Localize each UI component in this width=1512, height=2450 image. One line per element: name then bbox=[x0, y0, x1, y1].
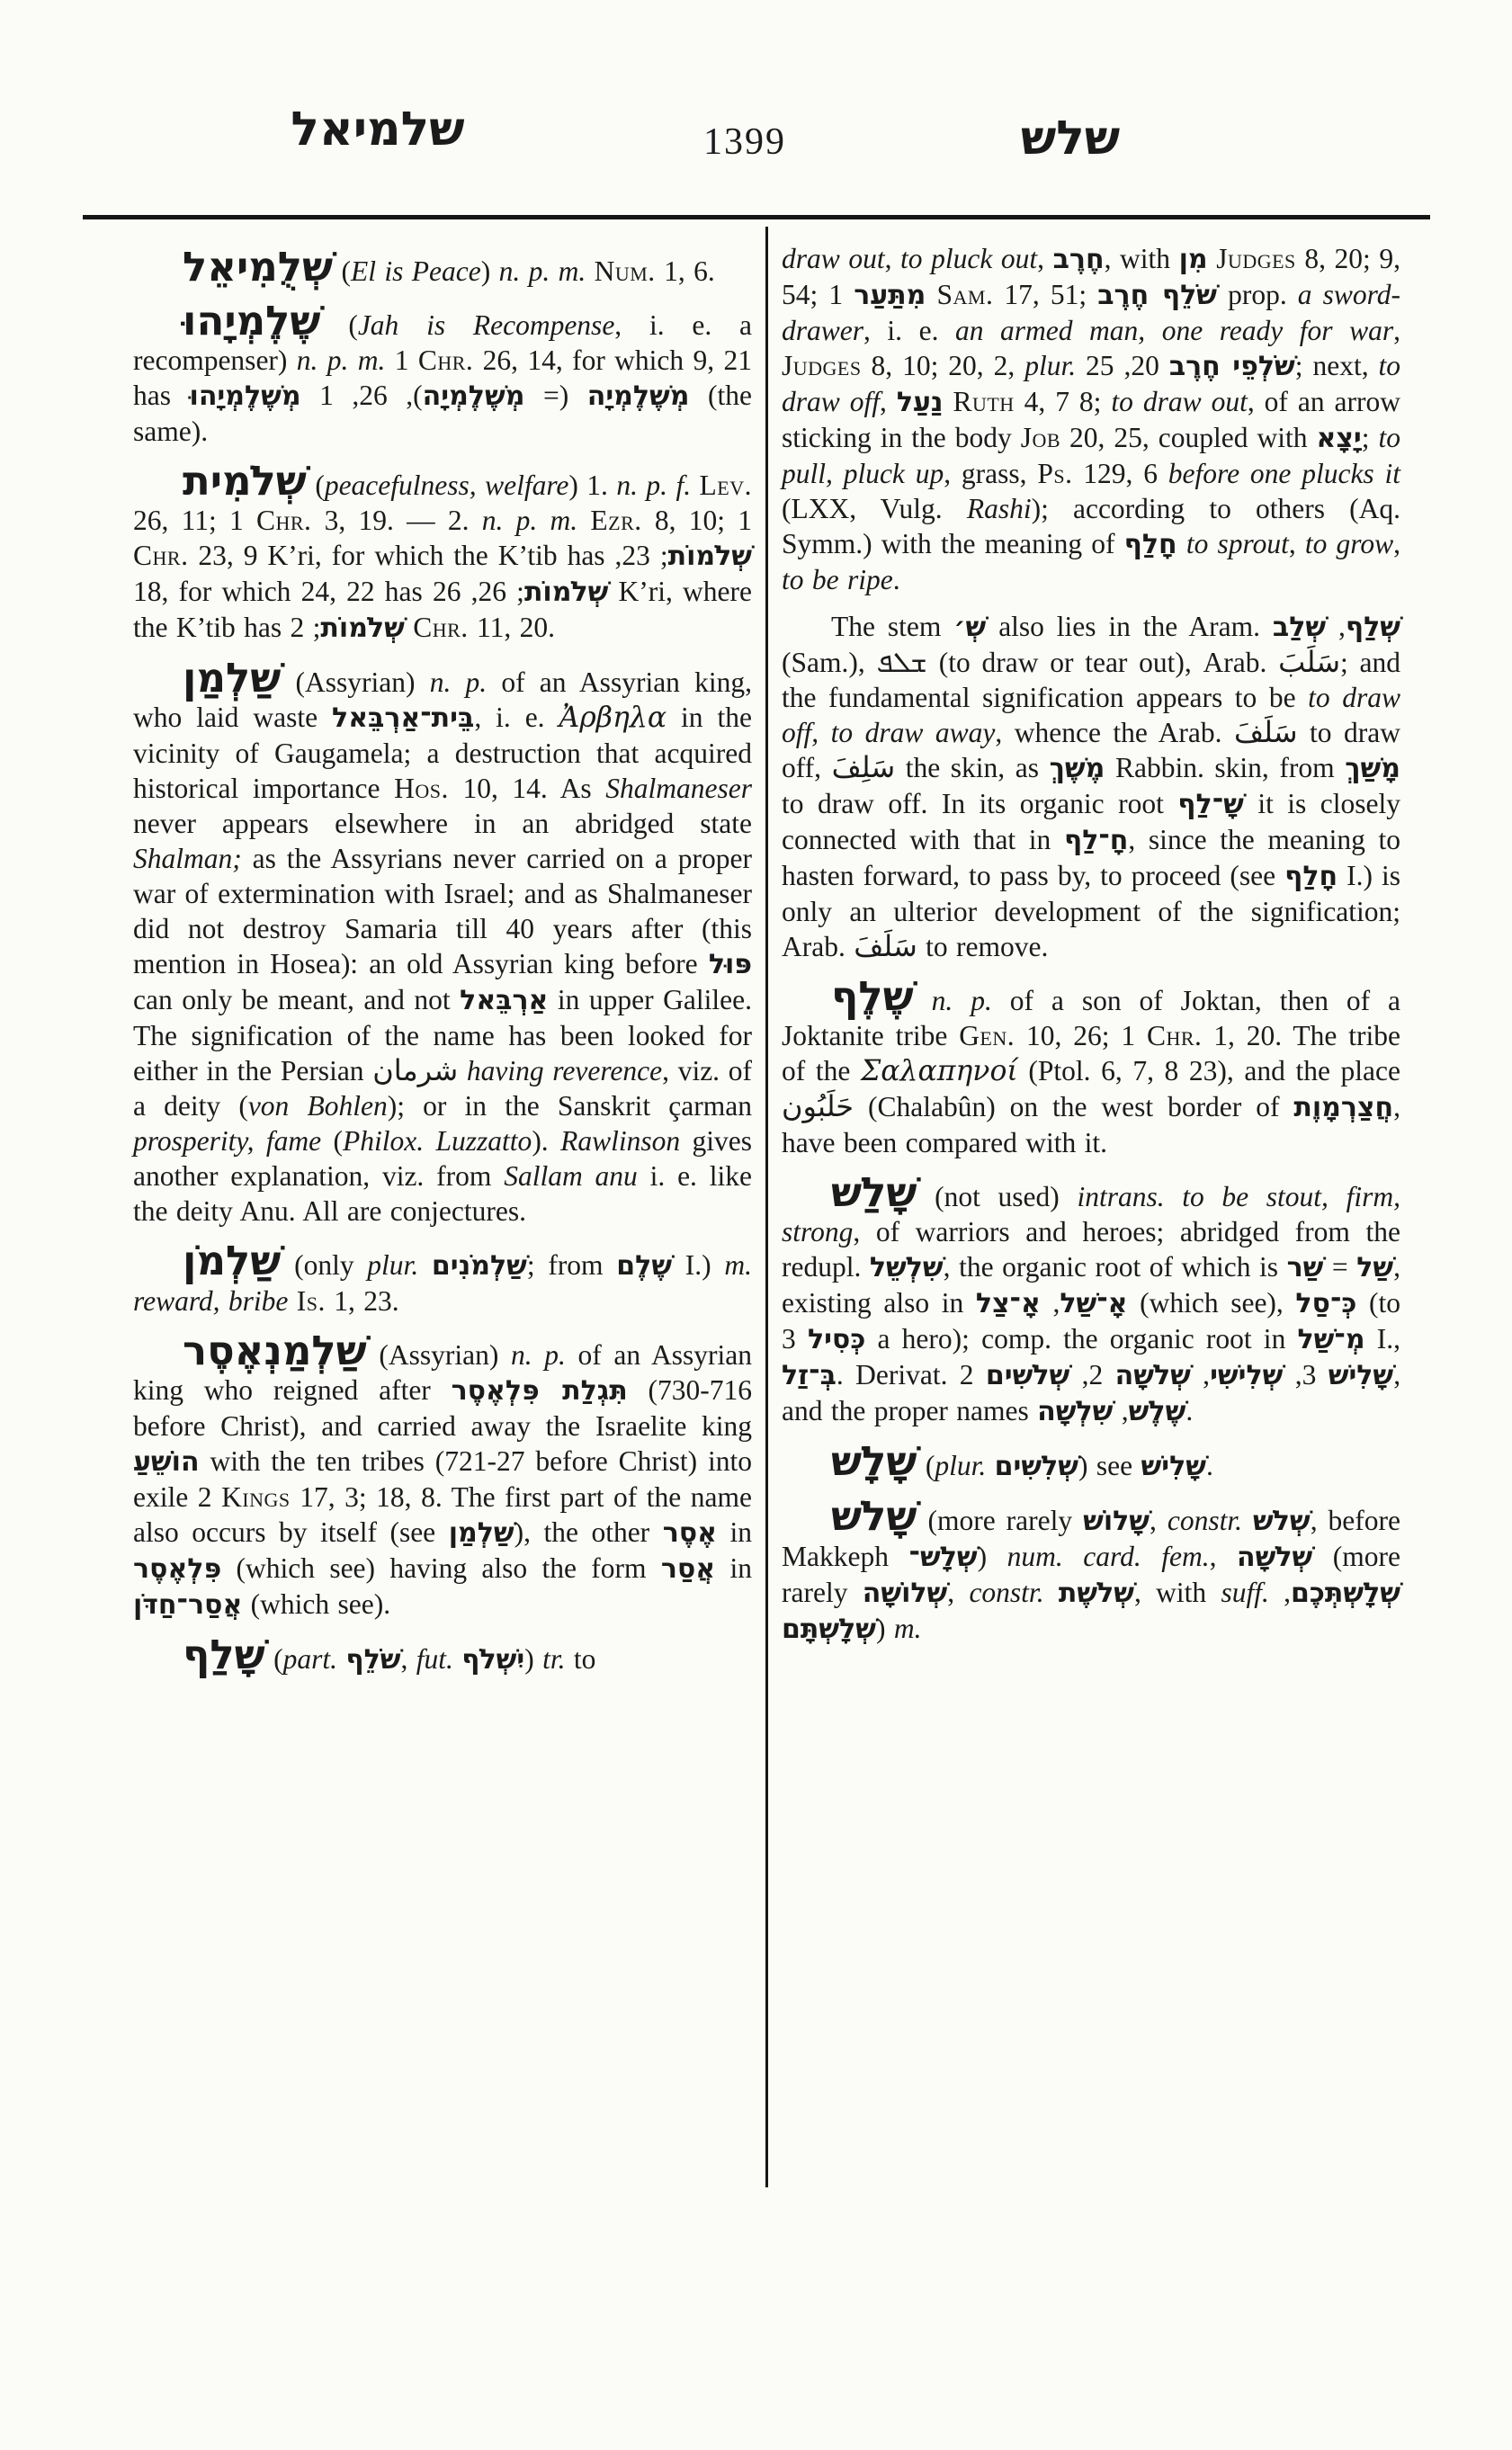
text-segment: (Assyrian) bbox=[281, 666, 429, 698]
text-segment: , bbox=[1393, 315, 1400, 346]
text-segment bbox=[691, 469, 699, 501]
italic-text: n. p. f. bbox=[616, 469, 691, 501]
book-reference: Chr. bbox=[256, 505, 311, 536]
hebrew-word: שְׁלַף bbox=[1346, 612, 1400, 643]
lexicon-page: שלמיאל 1399 שלש שְׁלֻמִיאֵל (El is Peace… bbox=[0, 0, 1512, 2450]
hebrew-word: שְׁלוֹשָׁה bbox=[863, 1578, 948, 1609]
text-segment: , bbox=[1210, 1541, 1237, 1572]
hebrew-word: יִשְׁלֹף bbox=[461, 1644, 524, 1676]
text-segment: ) see bbox=[1078, 1450, 1141, 1481]
text-segment: , with bbox=[1134, 1577, 1221, 1608]
text-segment: to bbox=[566, 1643, 596, 1675]
text-segment: (more rarely bbox=[917, 1505, 1083, 1536]
book-reference: Hos. bbox=[394, 773, 449, 804]
hebrew-word: אֲסַר־חַדֹּן bbox=[133, 1589, 242, 1621]
hebrew-word: שֹׁלֵף חֶרֶב bbox=[1097, 280, 1217, 311]
text-segment: , bbox=[1191, 1359, 1210, 1390]
book-reference: Chr. bbox=[413, 612, 468, 643]
hebrew-word: שְׁ׳ bbox=[953, 612, 986, 643]
text-segment: 3, bbox=[1283, 1359, 1328, 1390]
text-segment: Rabbin. skin, from bbox=[1105, 752, 1345, 783]
text-segment: The stem bbox=[831, 611, 953, 642]
hebrew-word: שֹׁלֵף bbox=[345, 1644, 400, 1676]
hebrew-word: שַׁל bbox=[1356, 1252, 1393, 1283]
hebrew-word: שֹׁלְפֵי חֶרֶב bbox=[1169, 351, 1295, 382]
text-segment: ), 26, 1 bbox=[301, 380, 423, 411]
text-segment: , whence the Arab. bbox=[995, 717, 1234, 748]
book-reference: Ezr. bbox=[590, 505, 641, 536]
hebrew-word: שְׁלֹמוֹת bbox=[524, 577, 608, 608]
italic-text: having reverence bbox=[467, 1055, 662, 1086]
italic-text: part. bbox=[283, 1643, 337, 1675]
text-segment: (Ptol. 6, 7, 8 23), and the place bbox=[1018, 1055, 1400, 1086]
text-segment: 129, 6 bbox=[1072, 458, 1168, 489]
text-segment: to remove. bbox=[917, 931, 1049, 962]
hebrew-word: פּוּל bbox=[709, 949, 752, 980]
text-segment: 1, 23. bbox=[326, 1285, 399, 1317]
text-segment: ; from bbox=[527, 1249, 616, 1281]
text-segment: also lies in the Aram. bbox=[986, 611, 1273, 642]
hebrew-word: שָׁלִישׁ bbox=[1329, 1360, 1393, 1391]
text-segment: ( bbox=[333, 255, 351, 287]
text-segment: I., bbox=[1365, 1323, 1400, 1355]
hebrew-word: מְשֶׁלֶמְיָה bbox=[423, 380, 525, 412]
hebrew-headword: שַׁלְמַנְאֶסֶר bbox=[183, 1327, 367, 1374]
hebrew-word: מִן bbox=[1179, 244, 1208, 275]
italic-text: to pluck out bbox=[900, 243, 1037, 274]
italic-text: plur. bbox=[935, 1450, 986, 1481]
text-segment: 20, 25, coupled with bbox=[1060, 422, 1316, 453]
italic-text: suff. bbox=[1221, 1577, 1268, 1608]
text-segment: (LXX, Vulg. bbox=[782, 493, 967, 524]
dictionary-entry: The stem שְׁ׳ also lies in the Aram. שְׁ… bbox=[782, 609, 1400, 964]
text-segment: 1 bbox=[385, 344, 417, 376]
italic-text: n. p. m. bbox=[297, 344, 386, 376]
text-segment: . Derivat. bbox=[837, 1359, 960, 1390]
book-reference: Num. bbox=[595, 255, 656, 287]
arabic-word: ܫܠܦ bbox=[877, 645, 927, 679]
text-segment bbox=[944, 386, 953, 417]
italic-text: Sallam anu bbox=[504, 1160, 638, 1192]
text-segment: (only bbox=[281, 1249, 367, 1281]
arabic-word: شرمان bbox=[372, 1053, 458, 1087]
hebrew-word: שְׁלָשְׁתְּכֶם bbox=[1291, 1578, 1400, 1609]
text-segment: to draw off. In its organic root bbox=[782, 788, 1177, 819]
greek-word: Σαλαπηνοί bbox=[861, 1055, 1018, 1087]
text-segment: , bbox=[401, 1643, 416, 1675]
arabic-word: سَلَفَ bbox=[1234, 715, 1298, 749]
text-segment: , i. e. bbox=[863, 315, 955, 346]
italic-text: Rawlinson bbox=[560, 1125, 680, 1157]
hebrew-word: שְׁלֹשָׁה bbox=[1237, 1542, 1312, 1573]
italic-text: num. card. fem. bbox=[1007, 1541, 1210, 1572]
text-segment bbox=[453, 1643, 461, 1675]
book-reference: Ruth bbox=[953, 386, 1014, 417]
hebrew-word: שְׁלִשִׁים bbox=[995, 1451, 1078, 1482]
text-segment: , bbox=[880, 386, 897, 417]
page-header: שלמיאל 1399 שלש bbox=[0, 106, 1512, 205]
hebrew-headword: שַׁלְמַן bbox=[183, 654, 281, 702]
arabic-word: سَلِفَ bbox=[832, 750, 896, 784]
text-segment: ( bbox=[917, 1450, 935, 1481]
header-keyword-right: שלש bbox=[1021, 115, 1120, 162]
text-segment: , bbox=[947, 1577, 969, 1608]
book-reference: Gen. bbox=[959, 1020, 1015, 1051]
dictionary-entry: שַׁלְמַנְאֶסֶר (Assyrian) n. p. of an As… bbox=[133, 1330, 752, 1623]
hebrew-word: שְׁלִישִׁי bbox=[1210, 1360, 1283, 1391]
book-reference: Ps. bbox=[1037, 458, 1072, 489]
text-segment: , the organic root of which is bbox=[944, 1251, 1287, 1283]
hebrew-word: מְשֶׁלֶמְיָה bbox=[587, 380, 690, 412]
text-segment: , i. e. bbox=[474, 702, 559, 733]
book-reference: Chr. bbox=[1147, 1020, 1202, 1051]
hebrew-word: שְׁלֹמוֹת bbox=[320, 612, 404, 644]
italic-text: constr. bbox=[969, 1577, 1043, 1608]
hebrew-word: שְׁלֹשָׁה bbox=[1115, 1360, 1191, 1391]
text-segment: (which see) having also the form bbox=[221, 1552, 661, 1584]
text-segment: 1, 6. bbox=[656, 255, 715, 287]
dictionary-entry: שֶׁלֶף n. p. of a son of Joktan, then of… bbox=[782, 976, 1400, 1160]
hebrew-word: חָ־לַף bbox=[1064, 825, 1128, 856]
hebrew-word: מָשַׁךְ bbox=[1345, 753, 1400, 784]
hebrew-word: שַׁלְמַן bbox=[449, 1517, 514, 1549]
text-segment: (not used) bbox=[917, 1181, 1077, 1212]
hebrew-word: שְׁלֹשִׁים bbox=[986, 1360, 1069, 1391]
text-segment bbox=[586, 255, 594, 287]
text-segment bbox=[418, 1249, 432, 1281]
italic-text: plur. bbox=[1024, 350, 1076, 381]
hebrew-word: מְ־שַׁל bbox=[1298, 1324, 1365, 1355]
text-segment: 26, 11; 1 bbox=[133, 505, 256, 536]
text-segment bbox=[1242, 1505, 1253, 1536]
book-reference: Kings bbox=[221, 1481, 291, 1513]
text-segment: (to draw or tear out), Arab. bbox=[927, 647, 1278, 678]
text-segment: , bbox=[1284, 1577, 1291, 1608]
text-segment: ) bbox=[481, 255, 499, 287]
text-segment: 11, 20. bbox=[469, 612, 555, 643]
header-rule bbox=[83, 215, 1430, 219]
greek-word: Ἀρβηλα bbox=[559, 702, 667, 734]
hebrew-headword: שָׁלַף bbox=[183, 1631, 265, 1678]
text-segment: ); or in the Sanskrit çarman bbox=[388, 1090, 752, 1122]
italic-text: m. bbox=[894, 1613, 922, 1644]
hebrew-word: שְׁלָשְׁתָּם bbox=[782, 1614, 876, 1645]
italic-text: Philox. Luzzatto bbox=[343, 1125, 532, 1157]
text-segment: ( bbox=[265, 1643, 283, 1675]
text-segment: prop. bbox=[1217, 279, 1298, 310]
text-segment bbox=[458, 1055, 467, 1086]
hebrew-headword: שֶׁלֶמְיָהוּ bbox=[183, 297, 321, 344]
text-segment bbox=[577, 505, 590, 536]
italic-text: tr. bbox=[542, 1643, 565, 1675]
hebrew-word: תִּגְלַת פִּלְאֶסֶר bbox=[452, 1375, 628, 1407]
text-segment: (Sam.), bbox=[782, 647, 877, 678]
italic-text: prosperity, fame bbox=[133, 1125, 321, 1157]
hebrew-word: שְׁלֹמוֹת bbox=[668, 541, 752, 572]
text-segment: ( bbox=[321, 1125, 343, 1157]
text-segment bbox=[337, 1643, 345, 1675]
text-segment: the skin, as bbox=[895, 752, 1049, 783]
hebrew-headword: שַׁלְמֹן bbox=[183, 1237, 281, 1284]
text-segment bbox=[1076, 350, 1086, 381]
book-reference: Sam. bbox=[936, 279, 993, 310]
dictionary-entry: שְׁלֻמִיאֵל (El is Peace) n. p. m. Num. … bbox=[133, 246, 752, 289]
text-segment: 10, 14. As bbox=[449, 773, 605, 804]
text-segment: 4, 7 8; bbox=[1015, 386, 1112, 417]
text-segment: . bbox=[1185, 1395, 1193, 1426]
text-segment bbox=[1044, 1577, 1059, 1608]
text-segment: (to bbox=[1356, 1287, 1400, 1319]
hebrew-word: יָצָא bbox=[1316, 423, 1361, 454]
hebrew-word: מֶשֶׁךְ bbox=[1050, 753, 1105, 784]
hebrew-word: חָלַף bbox=[1124, 529, 1177, 560]
text-segment: ) bbox=[524, 1643, 542, 1675]
book-reference: Chr. bbox=[133, 540, 188, 571]
hebrew-word: אַרְבֵּאל bbox=[460, 985, 548, 1016]
italic-text: before one plucks it bbox=[1168, 458, 1400, 489]
arabic-word: حَلَبُون bbox=[782, 1089, 854, 1123]
text-segment: ( bbox=[307, 469, 325, 501]
text-segment: , bbox=[1289, 528, 1305, 559]
italic-text: to grow bbox=[1305, 528, 1393, 559]
text-segment: 23, 9 K’ri, for which the K’tib has bbox=[188, 540, 614, 571]
hebrew-word: פִּלְאֶסֶר bbox=[133, 1553, 221, 1585]
dictionary-entry: שָׁלָשׁ (plur. שְׁלִשִׁים) see שָׁלִישׁ. bbox=[782, 1441, 1400, 1484]
hebrew-word: חָלַף bbox=[1284, 861, 1338, 892]
text-segment: I.) bbox=[672, 1249, 724, 1281]
text-segment bbox=[1269, 1577, 1284, 1608]
hebrew-word: אָ־צַל bbox=[976, 1288, 1041, 1319]
text-segment: ; bbox=[1362, 422, 1379, 453]
text-segment: in bbox=[717, 1516, 752, 1548]
dictionary-entry: שְׁלֹמִית (peacefulness, welfare) 1. n. … bbox=[133, 460, 752, 646]
text-segment: , bbox=[885, 243, 900, 274]
text-segment: . bbox=[893, 564, 900, 595]
hebrew-word: שְׁלָשׁ־ bbox=[909, 1542, 978, 1573]
italic-text: n. p. m. bbox=[482, 505, 577, 536]
column-left: שְׁלֻמִיאֵל (El is Peace) n. p. m. Num. … bbox=[133, 246, 752, 1677]
italic-text: Jah is Recompense bbox=[358, 309, 614, 341]
text-segment: (Chalabûn) on the west border of bbox=[854, 1091, 1293, 1122]
text-segment: 17, 51; bbox=[993, 279, 1097, 310]
hebrew-word: מְשֶׁלֶמְיָהוּ bbox=[190, 380, 301, 412]
text-segment bbox=[1208, 243, 1217, 274]
book-reference: Is. bbox=[297, 1285, 326, 1317]
text-segment: . bbox=[1206, 1450, 1213, 1481]
text-segment: 8, 10; 20, 2, bbox=[862, 350, 1025, 381]
hebrew-word: שַׁלְמֹנִים bbox=[432, 1250, 527, 1282]
italic-text: fut. bbox=[416, 1643, 453, 1675]
italic-text: von Bohlen bbox=[248, 1090, 388, 1122]
hebrew-word: שֶׁלֶם bbox=[616, 1250, 672, 1282]
italic-text: Rashi bbox=[967, 493, 1032, 524]
hebrew-word: בֵּית־אַרְבֵּאל bbox=[332, 702, 474, 734]
text-segment: (which see). bbox=[242, 1588, 390, 1620]
text-segment: can only be meant, and not bbox=[133, 984, 460, 1015]
italic-text: n. p. bbox=[511, 1339, 566, 1371]
text-segment bbox=[288, 1285, 296, 1317]
italic-text: Shalman; bbox=[133, 843, 242, 874]
italic-text: to sprout bbox=[1186, 528, 1289, 559]
page-number: 1399 bbox=[703, 121, 786, 164]
hebrew-headword: שָׁלַשׁ bbox=[831, 1168, 917, 1216]
hebrew-word: שְׁלֹשֶׁת bbox=[1059, 1578, 1134, 1609]
text-segment bbox=[986, 1450, 994, 1481]
italic-text: an armed man, one ready for war bbox=[955, 315, 1393, 346]
italic-text: Shalmaneser bbox=[605, 773, 752, 804]
italic-text: n. p. bbox=[430, 666, 487, 698]
dictionary-entry: שָׁלַשׁ (not used) intrans. to be stout,… bbox=[782, 1172, 1400, 1429]
text-segment: , with bbox=[1105, 243, 1179, 274]
italic-text: n. p. bbox=[932, 985, 992, 1016]
hebrew-word: מִתַּעַר bbox=[854, 280, 926, 311]
arabic-word: سَلَفَ bbox=[854, 929, 917, 963]
book-reference: Judges bbox=[782, 350, 862, 381]
dictionary-entry: שָׁלַף (part. שֹׁלֵף, fut. יִשְׁלֹף) tr.… bbox=[133, 1634, 752, 1677]
text-segment: 3, 19. — 2. bbox=[311, 505, 481, 536]
text-segment: ). bbox=[532, 1125, 560, 1157]
text-segment: ( bbox=[321, 309, 358, 341]
text-segment: 2, bbox=[1069, 1359, 1114, 1390]
text-segment bbox=[1177, 528, 1186, 559]
hebrew-word: כְּ־סַל bbox=[1295, 1288, 1356, 1319]
hebrew-headword: שָׁלֹשׁ bbox=[831, 1492, 917, 1540]
italic-text: to draw out bbox=[1111, 386, 1247, 417]
text-segment: 8, 10; 1 bbox=[642, 505, 752, 536]
dictionary-entry: שַׁלְמֹן (only plur. שַׁלְמֹנִים; from ש… bbox=[133, 1240, 752, 1319]
hebrew-word: שָׁלוֹשׁ bbox=[1083, 1506, 1150, 1537]
hebrew-word: חֶרֶב bbox=[1053, 244, 1105, 275]
text-segment: ) bbox=[978, 1541, 1007, 1572]
text-segment: , bbox=[1113, 1395, 1128, 1426]
dictionary-entry: draw out, to pluck out, חֶרֶב, with מִן … bbox=[782, 241, 1400, 597]
text-segment: , bbox=[1393, 528, 1400, 559]
italic-text: constr. bbox=[1168, 1505, 1242, 1536]
text-segment: (which see), bbox=[1128, 1287, 1296, 1319]
hebrew-word: בְּ־זַל bbox=[782, 1360, 837, 1391]
hebrew-word: שָׁ־לַף bbox=[1177, 789, 1244, 820]
text-segment: , bbox=[1150, 1505, 1168, 1536]
book-reference: Lev. bbox=[700, 469, 752, 501]
dictionary-entry: שַׁלְמַן (Assyrian) n. p. of an Assyrian… bbox=[133, 657, 752, 1229]
hebrew-headword: שְׁלֻמִיאֵל bbox=[183, 243, 333, 291]
hebrew-word: שָׁלִישׁ bbox=[1141, 1451, 1205, 1482]
dictionary-entry: שֶׁלֶמְיָהוּ (Jah is Recompense, i. e. a… bbox=[133, 300, 752, 449]
italic-text: El is Peace bbox=[351, 255, 481, 287]
hebrew-word: שִׁלְשֵׁל bbox=[870, 1252, 944, 1283]
text-segment: ), the other bbox=[514, 1516, 663, 1548]
text-segment: in bbox=[715, 1552, 752, 1584]
hebrew-headword: שָׁלָשׁ bbox=[831, 1437, 917, 1485]
dictionary-entry: שָׁלֹשׁ (more rarely שָׁלוֹשׁ, constr. ש… bbox=[782, 1496, 1400, 1647]
hebrew-headword: שְׁלֹמִית bbox=[183, 457, 307, 505]
hebrew-word: שְׁלַב bbox=[1273, 612, 1326, 643]
text-segment: ) bbox=[876, 1613, 894, 1644]
arabic-word: سَلَبَ bbox=[1278, 645, 1340, 679]
hebrew-word: אֶסֶר bbox=[663, 1517, 717, 1549]
italic-text: n. p. m. bbox=[499, 255, 586, 287]
book-reference: Judges bbox=[1216, 243, 1296, 274]
hebrew-word: אָ־שַׁל bbox=[1060, 1288, 1127, 1319]
hebrew-word: הוֹשֵׁעַ bbox=[133, 1446, 200, 1478]
column-divider-rule bbox=[765, 227, 768, 2187]
header-keyword-left: שלמיאל bbox=[291, 106, 464, 153]
text-segment: 10, 26; 1 bbox=[1015, 1020, 1147, 1051]
hebrew-word: כְּסִיל bbox=[808, 1324, 865, 1355]
text-segment: , grass, bbox=[944, 458, 1037, 489]
text-segment: (= bbox=[524, 380, 586, 411]
text-segment: , bbox=[1037, 243, 1052, 274]
hebrew-word: שֶׁלֶשׁ bbox=[1129, 1396, 1186, 1427]
hebrew-word: אֲסַר bbox=[661, 1553, 715, 1585]
hebrew-headword: שֶׁלֶף bbox=[831, 972, 914, 1020]
hebrew-word: שַׁר bbox=[1287, 1252, 1324, 1283]
hebrew-word: שְׁלֹשׁ bbox=[1253, 1506, 1311, 1537]
hebrew-word: נַעַל bbox=[897, 387, 944, 418]
text-segment: never appears elsewhere in an abridged s… bbox=[133, 808, 752, 839]
book-reference: Job bbox=[1021, 422, 1060, 453]
italic-text: peacefulness, welfare bbox=[325, 469, 569, 501]
hebrew-word: שִׁלְשָׁה bbox=[1037, 1396, 1113, 1427]
text-segment: , bbox=[1041, 1287, 1060, 1319]
column-right: draw out, to pluck out, חֶרֶב, with מִן … bbox=[782, 241, 1400, 1647]
text-segment: = bbox=[1323, 1251, 1356, 1283]
italic-text: to be ripe bbox=[782, 564, 893, 595]
italic-text: plur. bbox=[367, 1249, 418, 1281]
text-segment bbox=[914, 985, 932, 1016]
italic-text: draw out bbox=[782, 243, 885, 274]
hebrew-word: חֲצַרְמָוֶת bbox=[1293, 1092, 1393, 1123]
book-reference: Chr. bbox=[418, 344, 473, 376]
text-segment: ) 1. bbox=[568, 469, 616, 501]
text-segment: , bbox=[1326, 611, 1346, 642]
text-segment: (Assyrian) bbox=[367, 1339, 511, 1371]
